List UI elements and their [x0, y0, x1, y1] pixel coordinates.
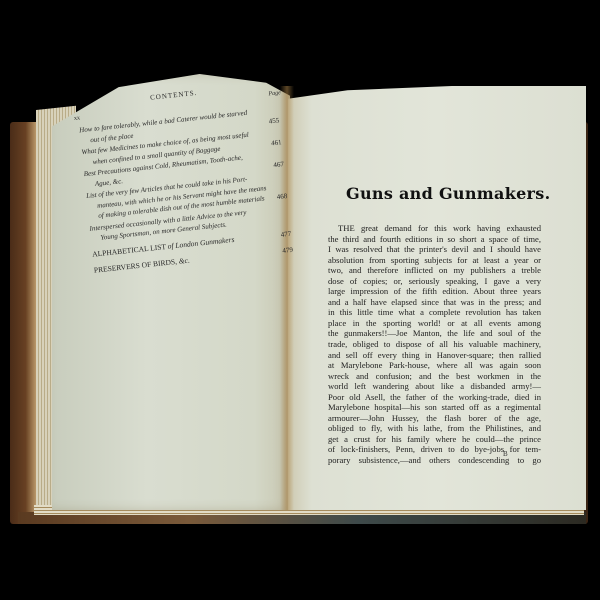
- body-line: and a half have elapsed since that was i…: [328, 297, 541, 308]
- body-line: place in the sporting world! or at all e…: [328, 318, 541, 329]
- book-photo: CONTENTS. Page xx How to fare tolerably,…: [0, 0, 600, 600]
- body-line: porary subsistence,—and others condescen…: [328, 455, 541, 466]
- section-page: 477: [280, 227, 292, 240]
- body-line: wreck and confusion; and the best workme…: [328, 371, 541, 382]
- signature-mark: B: [503, 450, 508, 458]
- section-suffix: &c.: [178, 255, 190, 265]
- entry-page: 468: [276, 191, 288, 203]
- body-line: dose of copies; or, seriously speaking, …: [328, 276, 541, 287]
- body-line: obliged to fly, with his lathe, from the…: [328, 423, 541, 434]
- section-suffix: of London Gunmakers: [167, 234, 235, 250]
- body-line: I was resolved that the printer's devil …: [328, 244, 541, 255]
- body-line: Poor old Asell, the father of the workin…: [328, 392, 541, 403]
- body-line: at Marylebone Park-house, where all was …: [328, 360, 541, 371]
- body-line: world left wandering about like a disban…: [328, 381, 541, 392]
- section-label: ALPHABETICAL LIST: [92, 242, 167, 259]
- body-line: armourer—John Hussey, the flash borer of…: [328, 413, 541, 424]
- entry-page: 461: [271, 137, 283, 149]
- entry-page: 467: [273, 159, 285, 171]
- entry-page: 455: [268, 115, 280, 127]
- body-line: trade, obliged to dispose of all his val…: [328, 339, 541, 350]
- section-page: 479: [282, 243, 294, 256]
- body-line: absolution from sporting subjects for at…: [328, 255, 541, 266]
- body-line: THE great demand for this work having ex…: [328, 223, 541, 234]
- chapter-heading: Guns and Gunmakers.: [346, 184, 550, 203]
- body-line: of lock-finishers, Penn, driven to do by…: [328, 444, 541, 455]
- body-line: Marylebone hospital—his son started off …: [328, 402, 541, 413]
- body-line: in this little time what a complete revo…: [328, 307, 541, 318]
- page-column-label: Page: [268, 90, 281, 97]
- body-line: the gunmakers!!—Joe Manton, the life and…: [328, 328, 541, 339]
- body-line: two, and therefore inflicted on my publi…: [328, 265, 541, 276]
- body-line: the third and fourth editions in so shor…: [328, 234, 541, 245]
- body-line: get a crust for his family where he coul…: [328, 434, 541, 445]
- chapter-body: THE great demand for this work having ex…: [328, 223, 541, 466]
- contents-entries: How to fare tolerably, while a bad Cater…: [79, 105, 294, 277]
- body-line: large impression of the fifth edition. A…: [328, 286, 541, 297]
- folio-number: xx: [74, 115, 81, 122]
- body-line: and sell off every thing in Hanover-squa…: [328, 350, 541, 361]
